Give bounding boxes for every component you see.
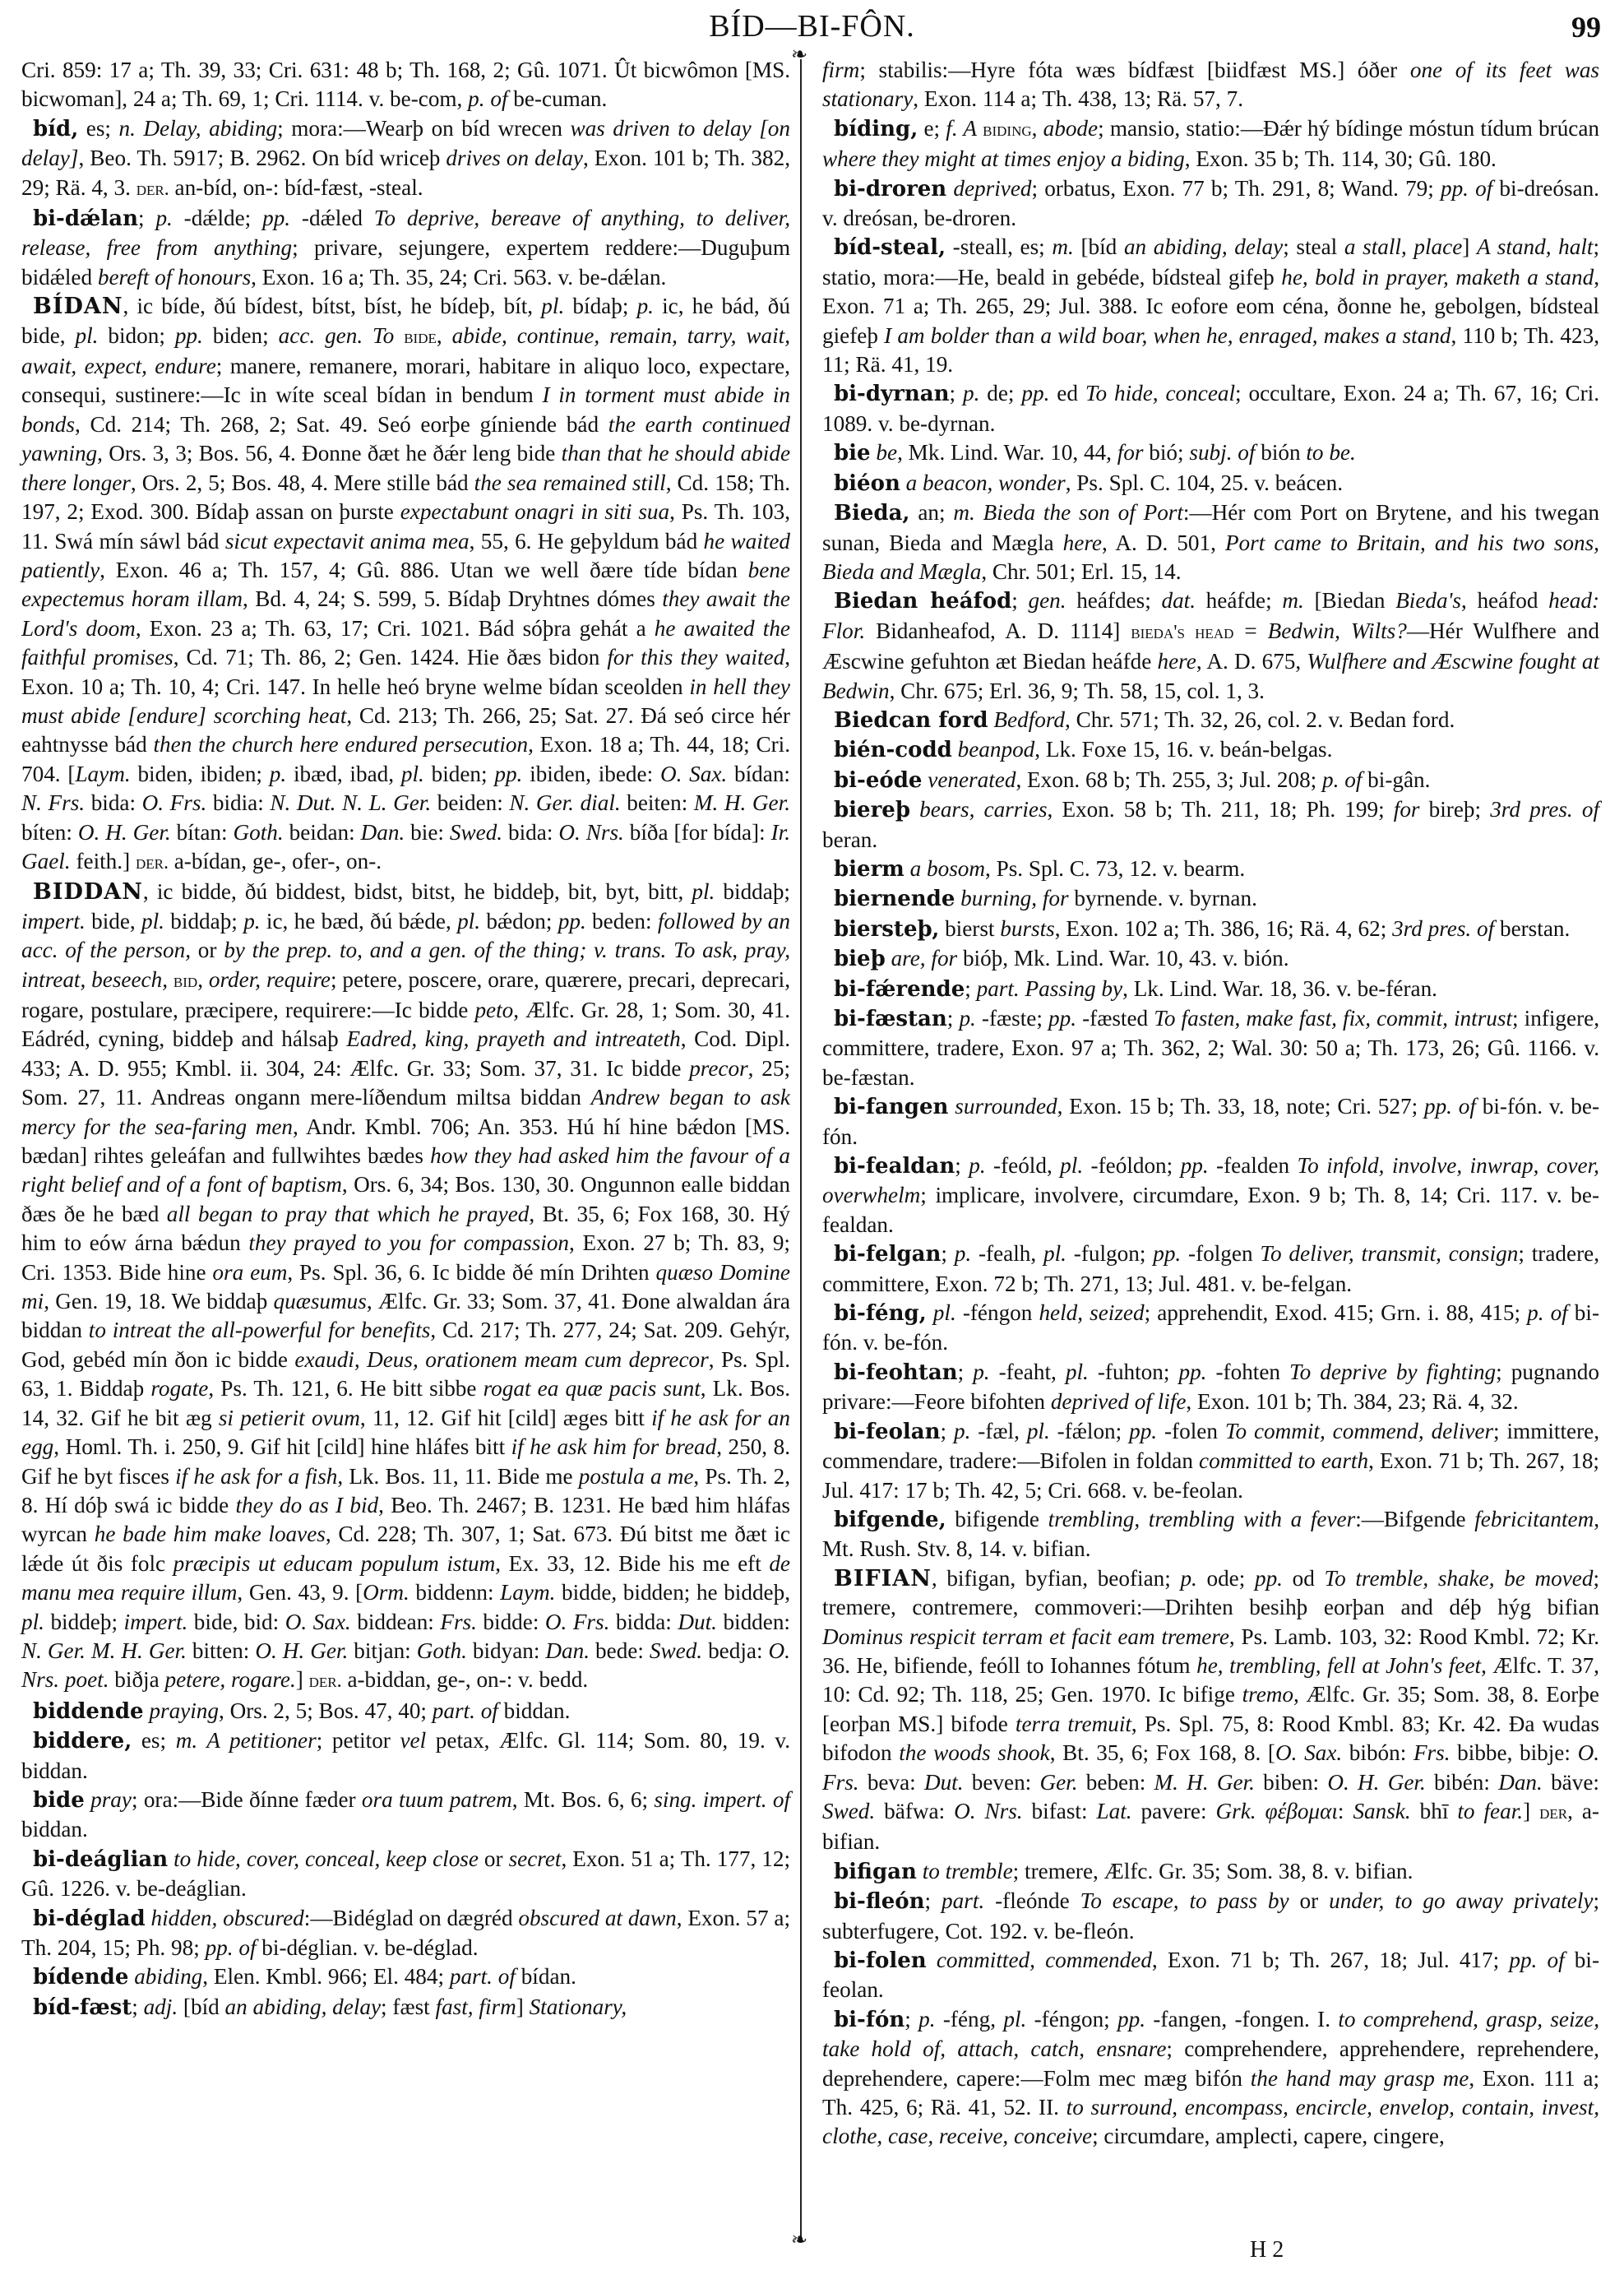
entry-text: ; [925,1888,942,1913]
italic-text: under, to go away privately [1329,1888,1593,1913]
small-caps-text: der. [136,852,169,873]
italic-text: Dut. [678,1610,717,1634]
entry-text: bi-déglian. v. be-déglad. [257,1935,479,1960]
italic-text: part. of [433,1698,498,1723]
dictionary-entry: bi-fealdan; p. -feóld, pl. -feóldon; pp.… [822,1151,1599,1239]
italic-text: deprived of life [1051,1389,1187,1414]
entry-text: or [479,1846,509,1871]
italic-text: here [1063,530,1102,555]
entry-text: -fæl, [970,1419,1026,1443]
italic-text: pl. [933,1300,956,1325]
italic-text: To fasten, make fast, fix, commit, intru… [1154,1006,1512,1031]
italic-text: vel [400,1728,426,1753]
italic-text: pl. [1066,1360,1089,1384]
dictionary-entry: BÍDAN, ic bíde, ðú bídest, bítst, bíst, … [21,292,790,878]
entry-text: bide, bid: [187,1610,285,1634]
entry-text: , bifigan, byfian, beofian; [932,1566,1181,1591]
entry-text: ; mora:—Wearþ on bíd wrecen [277,116,570,141]
italic-text: Eadred, king, prayeth and intreateth [346,1026,680,1051]
entry-text: , A. D. 675, [1196,649,1307,674]
entry-text: pavere: [1132,1799,1216,1823]
entry-text: , Exon. 101 b; Th. 384, 23; Rä. 4, 32. [1186,1389,1518,1414]
entry-text: -fealh, [971,1241,1043,1266]
italic-text: p. [243,909,260,933]
italic-text: Sansk. [1353,1799,1410,1823]
entry-text: ibæd, ibad, [286,762,401,786]
entry-text: bidyan: [467,1638,546,1663]
entry-text: , Ps. Spl. 36, 6. Ic bidde ðé mín Drihte… [287,1260,655,1285]
italic-text: then the church here endured persecution [154,732,529,757]
entry-text: , Chr. 571; Th. 32, 26, col. 2. v. Bedan… [1065,707,1455,732]
entry-text: , Bt. 35, 6; Fox 168, 8. [ [1050,1740,1275,1765]
headword: bide [33,1788,85,1813]
italic-text: the sea remained still [474,470,666,495]
entry-text: bida: [502,820,558,845]
entry-text: heáfdes; [1066,588,1162,613]
italic-text: the hand may grasp me [1251,2066,1469,2091]
entry-text: ; [958,1360,974,1384]
dictionary-entry: bi-fangen surrounded, Exon. 15 b; Th. 33… [822,1092,1599,1151]
headword: bie [834,441,871,466]
entry-text [927,1300,933,1325]
entry-text: biðja [109,1667,165,1692]
entry-text: , Exon. 102 a; Th. 386, 16; Rä. 4, 62; [1055,916,1392,941]
entry-text: bifigende [946,1507,1048,1531]
entry-text: beben: [1078,1770,1154,1795]
italic-text: pray [90,1787,132,1812]
italic-text: peto [474,998,513,1022]
italic-text: Swed. [650,1638,702,1663]
dictionary-entry: bi-droren deprived; orbatus, Exon. 77 b;… [822,174,1599,234]
italic-text: To tremble, shake, be moved [1324,1566,1593,1591]
entry-text: :—Bidéglad on dægréd [304,1906,519,1930]
right-column: firm; stabilis:—Hyre fóta wæs bídfæst [b… [822,56,1599,2152]
entry-text: or [1289,1888,1330,1913]
italic-text: N. Dut. N. L. Ger. [270,790,431,815]
entry-text: bede: [590,1638,650,1663]
entry-text: bítan: [171,820,234,845]
italic-text: To deliver, transmit, consign [1260,1241,1518,1266]
entry-text: , Ps. Spl. C. 73, 12. v. bearm. [985,856,1245,881]
dictionary-entry: BIFIAN, bifigan, byfian, beofian; p. ode… [822,1564,1599,1857]
headword: bi-fǽrende [834,977,965,1002]
headword: Bieda, [834,501,909,526]
dictionary-entry: bi-dyrnan; p. de; pp. ed To hide, concea… [822,379,1599,438]
italic-text: N. Frs. [21,790,85,815]
italic-text: p. [270,762,286,786]
headword: bi-eóde [834,768,922,793]
italic-text: they do as I bid [235,1493,378,1517]
italic-text: exaudi, Deus, orationem meam cum depreco… [294,1347,708,1372]
italic-text: the woods shook [899,1740,1049,1765]
headword: bíd, [33,117,78,141]
headword: bi-droren [834,177,946,202]
italic-text: pl. [692,879,715,904]
entry-text: -folgen [1181,1241,1260,1266]
italic-text: O. Frs. [545,1610,610,1634]
small-caps-text: der [1539,1802,1567,1823]
entry-text: biddan. [498,1698,571,1723]
entry-text: ode; [1197,1566,1255,1591]
dictionary-entry: Biedan heáfod; gen. heáfdes; dat. heáfde… [822,586,1599,706]
italic-text: part. of [450,1964,516,1989]
italic-text: Goth. [234,820,284,845]
entry-text: bidon; [98,323,174,348]
dictionary-entry: bifgende, bifigende trembling, trembling… [822,1505,1599,1564]
entry-text: ; [955,1153,969,1178]
entry-text: ; petitor [317,1728,400,1753]
headword: bi-dyrnan [834,382,950,406]
dictionary-entry: bíd-fæst; adj. [bíd an abiding, delay; f… [21,1993,790,2022]
entry-text: bidde, bidden; he biddeþ, [555,1580,790,1605]
entry-text: , Exon. 71 b; Th. 267, 18; Jul. 417; [1152,1948,1509,1972]
italic-text: firm [822,58,859,82]
entry-text: , Ors. 2, 5; Bos. 47, 40; [219,1698,433,1723]
headword: bíd-fæst [33,1995,132,2020]
entry-text: , Mk. Lind. War. 10, 44, [897,440,1117,465]
italic-text: si petierit ovum [219,1406,360,1430]
italic-text: a bosom [910,856,985,881]
entry-text: beiden: [431,790,509,815]
headword: bifigan [834,1860,917,1884]
entry-text: , Exon. 58 b; Th. 211, 18; Ph. 199; [1048,797,1394,822]
italic-text: pl. [541,294,564,318]
small-caps-text: biding [983,119,1032,141]
italic-text: praying [149,1698,219,1723]
dictionary-entry: bi-fǽrende; part. Passing by, Lk. Lind. … [822,975,1599,1004]
italic-text: adj. [144,1994,178,2019]
italic-text: pl. [1003,2007,1026,2031]
italic-text: p. [954,1419,970,1443]
entry-text: Bidanheafod, A. D. 1114] [865,618,1131,643]
entry-text: -fǽlon; [1050,1419,1129,1443]
entry-text: ibiden, ibede: [522,762,660,786]
italic-text: a stall, place [1344,234,1462,259]
italic-text: are, for [891,946,958,971]
entry-text: bide, [86,909,141,933]
entry-text: bíða [for bída]: [624,820,771,845]
italic-text: febricitantem [1474,1507,1594,1531]
dictionary-entry: biereþ bears, carries, Exon. 58 b; Th. 2… [822,795,1599,855]
entry-text [917,1859,923,1883]
italic-text: To escape, to pass by [1080,1888,1289,1913]
italic-text: rogate [150,1376,208,1401]
italic-text: for this they waited [607,645,784,669]
italic-text: a beacon, wonder [906,470,1066,495]
headword: bi-fealdan [834,1154,955,1179]
entry-text: ; [1011,588,1028,613]
italic-text: Dan. [1498,1770,1543,1795]
headword: bierm [834,857,905,882]
entry-text: , Cd. 214; Th. 268, 2; Sat. 49. Seó eorþ… [75,412,608,437]
entry-text: ; [138,206,155,230]
page-number: 99 [1571,10,1601,44]
italic-text: pl. [401,762,424,786]
entry-text: , Beo. Th. 5917; B. 2962. On bíd wriceþ [78,146,446,170]
dictionary-entry: biddere, es; m. A petitioner; petitor ve… [21,1726,790,1786]
italic-text: Goth. [417,1638,467,1663]
entry-text: bireþ; [1420,797,1491,822]
entry-text: , Gen. 43, 9. [ [237,1580,363,1605]
italic-text: he, bold in prayer, maketh a stand [1281,265,1594,290]
italic-text: an abiding, delay [225,1994,382,2019]
entry-text: biden, ibiden; [131,762,270,786]
dictionary-entry: bién-codd beanpod, Lk. Foxe 15, 16. v. b… [822,735,1599,765]
entry-text: , ic bidde, ðú biddest, bidst, bitst, he… [143,879,692,904]
entry-text: ; [132,1994,143,2019]
entry-text: = [1233,618,1267,643]
dictionary-entry: bíd-steal, -steall, es; m. [bíd an abidi… [822,233,1599,379]
entry-text: beven: [964,1770,1040,1795]
entry-text: ed [1049,381,1085,405]
dictionary-entry: bi-déglad hidden, obscured:—Bidéglad on … [21,1904,790,1963]
entry-continuation: Cri. 859: 17 a; Th. 39, 33; Cri. 631: 48… [21,56,790,114]
headword: bi-feohtan [834,1360,958,1385]
italic-text: surrounded [955,1094,1057,1119]
entry-text: bitjan: [348,1638,416,1663]
entry-text: or [191,938,224,962]
italic-text: trembling, trembling with a fever [1048,1507,1356,1531]
italic-text: pl. [1027,1419,1050,1443]
italic-text: burning, for [960,886,1068,910]
italic-text: p. of [468,86,507,111]
entry-text: be-cuman. [508,86,608,111]
italic-text: p. [637,294,654,318]
headword: bi-fæstan [834,1007,947,1031]
entry-text: -féngon [956,1300,1039,1325]
italic-text: Frs. [440,1610,477,1634]
headword: bi-féng, [834,1301,927,1326]
column-divider [800,59,802,2237]
entry-text: bi-gân. [1362,767,1430,792]
italic-text: p. [963,381,979,405]
entry-text: biddeþ; [44,1610,124,1634]
entry-text: ; [947,1006,960,1031]
italic-text: O. Frs. [142,790,207,815]
italic-text: pl. [457,909,480,933]
italic-text: subj. of [1189,440,1255,465]
dictionary-entry: bi-féng, pl. -féngon held, seized; appre… [822,1299,1599,1358]
dictionary-entry: Biedcan ford Bedford, Chr. 571; Th. 32, … [822,706,1599,735]
dictionary-entry: bie be, Mk. Lind. War. 10, 44, for bió; … [822,438,1599,468]
entry-text: -dǽlde; [173,206,262,230]
dictionary-entry: bi-eóde venerated, Exon. 68 b; Th. 255, … [822,766,1599,795]
italic-text: p. [959,1006,975,1031]
italic-text: impert. [21,909,86,933]
italic-text: Orm. [363,1580,409,1605]
dictionary-entry: bi-fleón; part. -fleónde To escape, to p… [822,1887,1599,1946]
italic-text: fast, firm [436,1994,516,2019]
italic-text: Bieda's [1395,588,1461,613]
entry-text: bídan. [516,1964,576,1989]
italic-text: Bedford [993,707,1065,732]
italic-text: To hide, conceal [1085,381,1235,405]
italic-text: M. H. Ger. [1154,1770,1255,1795]
italic-text: O. H. Ger. [1327,1770,1425,1795]
entry-text: e; [918,116,946,141]
entry-text [905,856,910,881]
entry-text: , 11, 12. Gif hit [cild] æges bitt [360,1406,651,1430]
dictionary-entry: bi-dǽlan; p. -dǽlde; pp. -dǽled To depri… [21,204,790,292]
entry-text: ; implicare, involvere, circumdare, Exon… [822,1183,1599,1236]
entry-text: berstan. [1494,916,1570,941]
entry-text: bedja: [702,1638,768,1663]
italic-text: p. [969,1153,985,1178]
italic-text: precor [689,1056,747,1081]
italic-text: pp. [1153,1241,1181,1266]
entry-text: biden; [203,323,279,348]
small-caps-text: bide [404,327,437,348]
italic-text: rogat ea quæ pacis sunt [483,1376,701,1401]
entry-text: ; circumdare, amplecti, capere, cingere, [1092,2124,1445,2148]
italic-text: to tremble [923,1859,1013,1883]
italic-text: for [1394,797,1420,822]
entry-text: , Lk. Lind. War. 18, 36. v. be-féran. [1122,976,1437,1001]
italic-text: to hide, cover, conceal, keep close [174,1846,479,1871]
entry-text: bibén: [1426,1770,1498,1795]
entry-text: es; [78,116,118,141]
dictionary-entry: bi-feohtan; p. -feaht, pl. -fuhton; pp. … [822,1358,1599,1417]
italic-text: bursts [1000,916,1054,941]
dictionary-entry: biddende praying, Ors. 2, 5; Bos. 47, 40… [21,1697,790,1726]
italic-text: N. Ger. M. H. Ger. [21,1638,187,1663]
entry-text: , Ex. 33, 12. Bide his me eft [495,1551,769,1576]
italic-text: postula a me [579,1464,694,1489]
italic-text: m. [1052,234,1073,259]
entry-text [394,323,404,348]
entry-text: , [1032,116,1043,141]
entry-text [952,737,958,762]
headword: bi-folen [834,1948,927,1973]
italic-text: bears, carries [919,797,1047,822]
entry-text: -fuhton; [1089,1360,1179,1384]
entry-text: bidda: [609,1610,678,1634]
italic-text: pp. of [206,1935,257,1960]
left-column: Cri. 859: 17 a; Th. 39, 33; Cri. 631: 48… [21,56,790,2022]
entry-text [85,1787,90,1812]
italic-text: to fear. [1457,1799,1523,1823]
italic-text: an abiding, delay [1124,234,1283,259]
italic-text: m. [1282,588,1303,613]
entry-text: ; [950,381,963,405]
entry-text: , Lk. Bos. 11, 11. Bide me [337,1464,578,1489]
italic-text: Swed. [450,820,502,845]
entry-text: bión [1255,440,1306,465]
italic-text: hidden, obscured [150,1906,303,1930]
italic-text: if he ask him for bread [511,1434,717,1459]
entry-text [168,967,174,992]
entry-text: ; mansio, statio:—Ðǽr hý bídinge móstun … [1098,116,1599,141]
italic-text: O. Nrs. [558,820,623,845]
headword: bi-deáglian [33,1847,168,1872]
entry-text: [bíd [1074,234,1124,259]
dictionary-entry: bieþ are, for bióþ, Mk. Lind. War. 10, 4… [822,944,1599,974]
entry-text: ; [941,1419,954,1443]
entry-text: bhī [1411,1799,1458,1823]
entry-text: beran. [822,827,877,852]
entry-text: , Chr. 501; Erl. 15, 14. [981,559,1181,584]
entry-text: -steall, es; [946,234,1052,259]
italic-text: pp. [558,909,586,933]
entry-text: -fleónde [984,1888,1080,1913]
italic-text: O. H. Ger. [255,1638,348,1663]
italic-text: n. Delay, abiding [118,116,277,141]
headword: biereþ [834,798,910,822]
entry-text: bíten: [21,820,78,845]
entry-text: ; [905,2007,918,2031]
entry-text: biden; [424,762,495,786]
entry-text: bídan: [727,762,790,786]
small-caps-text: der. [136,178,169,200]
dictionary-entry: BIDDAN, ic bidde, ðú biddest, bidst, bit… [21,878,790,1696]
signature-mark: H 2 [1250,2237,1284,2263]
entry-text: biben: [1255,1770,1327,1795]
italic-text: ora tuum patrem [362,1787,512,1812]
italic-text: pp. of [1441,176,1492,201]
entry-text: , 55, 6. He geþyldum bád [470,529,704,554]
italic-text: impert. [124,1610,188,1634]
italic-text: m. Bieda the son of Port [953,500,1183,525]
headword: biddere, [33,1729,132,1753]
entry-text: ; fæst [381,1994,435,2019]
italic-text: pp. [1181,1153,1209,1178]
entry-text: feith.] [71,849,136,873]
italic-text: p. [973,1360,989,1384]
italic-text: gen. [1028,588,1066,613]
entry-text: -feaht, [990,1360,1066,1384]
entry-text: , Ps. Spl. C. 104, 25. v. beácen. [1066,470,1343,495]
entry-text: -dǽled [290,206,374,230]
dictionary-entry: bi-felgan; p. -fealh, pl. -fulgon; pp. -… [822,1239,1599,1299]
entry-text: -fulgon; [1066,1241,1153,1266]
headword: biéon [834,471,900,496]
italic-text: O. Nrs. [954,1799,1023,1823]
entry-text: , A. D. 501, [1102,530,1225,555]
entry-text: byrnende. v. byrnan. [1069,886,1257,910]
italic-text: præcipis ut educam populum istum [174,1551,496,1576]
headword: biddende [33,1699,144,1724]
dictionary-entry: bi-fón; p. -féng, pl. -féngon; pp. -fang… [822,2005,1599,2152]
entry-text: , Exon. 23 a; Th. 63, 17; Cri. 1021. Bád… [136,616,655,641]
headword: bíding, [834,117,918,141]
entry-text: ; orbatus, Exon. 77 b; Th. 291, 8; Wand.… [1032,176,1441,201]
italic-text: pl. [141,909,164,933]
dictionary-entry: bíd, es; n. Delay, abiding; mora:—Wearþ … [21,114,790,204]
italic-text: Laym. [500,1580,555,1605]
italic-text: Dan. [545,1638,590,1663]
italic-text: venerated [928,767,1016,792]
entry-text: -féngon; [1026,2007,1117,2031]
italic-text: pl. [1043,1241,1066,1266]
italic-text: obscured at dawn [518,1906,676,1930]
dictionary-entry: bierm a bosom, Ps. Spl. C. 73, 12. v. be… [822,855,1599,884]
entry-text: biddaþ; [715,879,790,904]
italic-text: p. [918,2007,935,2031]
italic-text: pp. [1117,2007,1145,2031]
entry-text: bió; [1143,440,1189,465]
entry-text: ; steal [1283,234,1344,259]
italic-text: petere, rogare. [164,1667,295,1692]
entry-text: a-biddan, ge-, on-: v. bedd. [342,1667,588,1692]
headword: biersteþ, [834,917,939,942]
entry-text: beva: [859,1770,924,1795]
entry-text: bibón: [1342,1740,1413,1765]
entry-text: -fealden [1209,1153,1298,1178]
entry-text: bifast: [1023,1799,1097,1823]
entry-text: , Cd. 71; Th. 86, 2; Gen. 1424. Hie ðæs … [174,645,608,669]
italic-text: to intreat the all-powerful for benefits [89,1318,431,1342]
entry-text: , Exon. 35 b; Th. 114, 30; Gû. 180. [1185,146,1497,171]
